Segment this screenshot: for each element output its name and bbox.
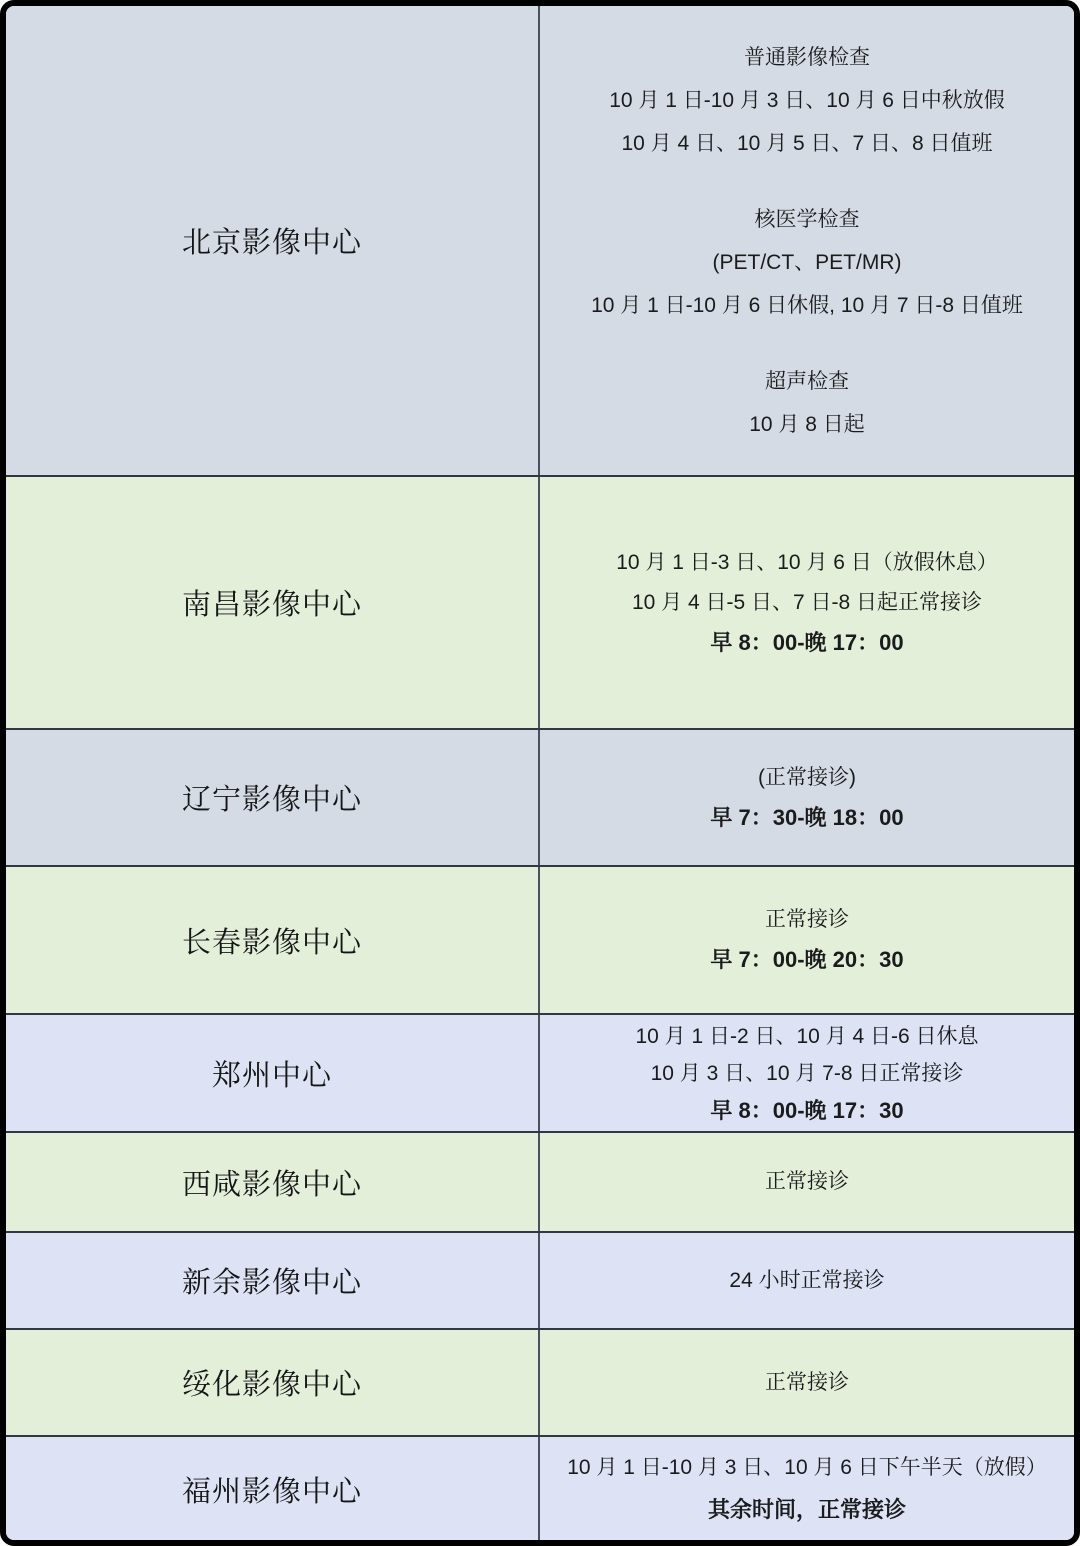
schedule-line: 10 月 4 日、10 月 5 日、7 日、8 日值班 [609, 122, 1005, 165]
schedule-group-ultrasound: 超声检查 10 月 8 日起 [749, 360, 865, 446]
center-name: 西咸影像中心 [182, 1162, 362, 1203]
schedule-group-general-imaging: 普通影像检查 10 月 1 日-10 月 3 日、10 月 6 日中秋放假 10… [609, 36, 1005, 165]
center-name: 新余影像中心 [182, 1260, 362, 1301]
schedule-hours: 早 7：30-晚 18：00 [710, 798, 903, 838]
schedule-line: 10 月 1 日-2 日、10 月 4 日-6 日休息 [635, 1018, 978, 1055]
schedule-line: 10 月 3 日、10 月 7-8 日正常接诊 [651, 1055, 964, 1092]
table-row-nanchang: 南昌影像中心 10 月 1 日-3 日、10 月 6 日（放假休息） 10 月 … [6, 475, 1074, 728]
schedule-cell: 10 月 1 日-3 日、10 月 6 日（放假休息） 10 月 4 日-5 日… [540, 477, 1074, 728]
schedule-line: (PET/CT、PET/MR) [591, 241, 1023, 284]
table-row-changchun: 长春影像中心 正常接诊 早 7：00-晚 20：30 [6, 865, 1074, 1013]
center-name-cell: 福州影像中心 [6, 1437, 540, 1541]
center-name: 郑州中心 [212, 1053, 332, 1094]
table-row-fuzhou: 福州影像中心 10 月 1 日-10 月 3 日、10 月 6 日下午半天（放假… [6, 1435, 1074, 1541]
center-name: 绥化影像中心 [182, 1362, 362, 1403]
center-name: 辽宁影像中心 [182, 777, 362, 818]
schedule-line: 10 月 1 日-3 日、10 月 6 日（放假休息） [616, 543, 998, 583]
schedule-cell: (正常接诊) 早 7：30-晚 18：00 [540, 730, 1074, 865]
schedule-line: 10 月 4 日-5 日、7 日-8 日起正常接诊 [632, 583, 982, 623]
center-name-cell: 南昌影像中心 [6, 477, 540, 728]
schedule-cell: 正常接诊 [540, 1133, 1074, 1231]
table-row-suihua: 绥化影像中心 正常接诊 [6, 1328, 1074, 1435]
center-name: 北京影像中心 [182, 220, 362, 261]
center-name: 福州影像中心 [182, 1469, 362, 1510]
schedule-line: 24 小时正常接诊 [729, 1261, 884, 1301]
table-row-beijing: 北京影像中心 普通影像检查 10 月 1 日-10 月 3 日、10 月 6 日… [6, 6, 1074, 475]
schedule-cell: 24 小时正常接诊 [540, 1233, 1074, 1328]
center-name: 长春影像中心 [182, 920, 362, 961]
center-name-cell: 绥化影像中心 [6, 1330, 540, 1435]
schedule-hours: 早 8：00-晚 17：30 [710, 1092, 903, 1129]
table-row-xinyu: 新余影像中心 24 小时正常接诊 [6, 1231, 1074, 1328]
schedule-line: 正常接诊 [765, 1162, 849, 1202]
schedule-hours: 其余时间，正常接诊 [708, 1489, 906, 1531]
schedule-line: 正常接诊 [765, 900, 849, 940]
center-name: 南昌影像中心 [182, 582, 362, 623]
schedule-cell: 普通影像检查 10 月 1 日-10 月 3 日、10 月 6 日中秋放假 10… [540, 6, 1074, 475]
table-row-xixian: 西咸影像中心 正常接诊 [6, 1131, 1074, 1231]
schedule-cell: 10 月 1 日-10 月 3 日、10 月 6 日下午半天（放假） 其余时间，… [540, 1437, 1074, 1541]
table-row-liaoning: 辽宁影像中心 (正常接诊) 早 7：30-晚 18：00 [6, 728, 1074, 865]
schedule-group-title: 普通影像检查 [609, 36, 1005, 79]
schedule-line: (正常接诊) [758, 758, 856, 798]
schedule-group-title: 超声检查 [749, 360, 865, 403]
center-name-cell: 西咸影像中心 [6, 1133, 540, 1231]
table-row-zhengzhou: 郑州中心 10 月 1 日-2 日、10 月 4 日-6 日休息 10 月 3 … [6, 1013, 1074, 1131]
schedule-group-nuclear-medicine: 核医学检查 (PET/CT、PET/MR) 10 月 1 日-10 月 6 日休… [591, 198, 1023, 327]
schedule-table: 北京影像中心 普通影像检查 10 月 1 日-10 月 3 日、10 月 6 日… [0, 0, 1080, 1546]
schedule-hours: 早 7：00-晚 20：30 [710, 940, 903, 980]
schedule-line: 10 月 1 日-10 月 6 日休假, 10 月 7 日-8 日值班 [591, 284, 1023, 327]
schedule-cell: 正常接诊 早 7：00-晚 20：30 [540, 867, 1074, 1013]
schedule-cell: 正常接诊 [540, 1330, 1074, 1435]
schedule-line: 10 月 8 日起 [749, 403, 865, 446]
schedule-line: 10 月 1 日-10 月 3 日、10 月 6 日中秋放假 [609, 79, 1005, 122]
schedule-cell: 10 月 1 日-2 日、10 月 4 日-6 日休息 10 月 3 日、10 … [540, 1015, 1074, 1131]
center-name-cell: 北京影像中心 [6, 6, 540, 475]
schedule-group-title: 核医学检查 [591, 198, 1023, 241]
center-name-cell: 长春影像中心 [6, 867, 540, 1013]
center-name-cell: 郑州中心 [6, 1015, 540, 1131]
schedule-line: 正常接诊 [765, 1363, 849, 1403]
schedule-hours: 早 8：00-晚 17：00 [710, 623, 903, 663]
center-name-cell: 新余影像中心 [6, 1233, 540, 1328]
schedule-line: 10 月 1 日-10 月 3 日、10 月 6 日下午半天（放假） [567, 1447, 1047, 1489]
center-name-cell: 辽宁影像中心 [6, 730, 540, 865]
